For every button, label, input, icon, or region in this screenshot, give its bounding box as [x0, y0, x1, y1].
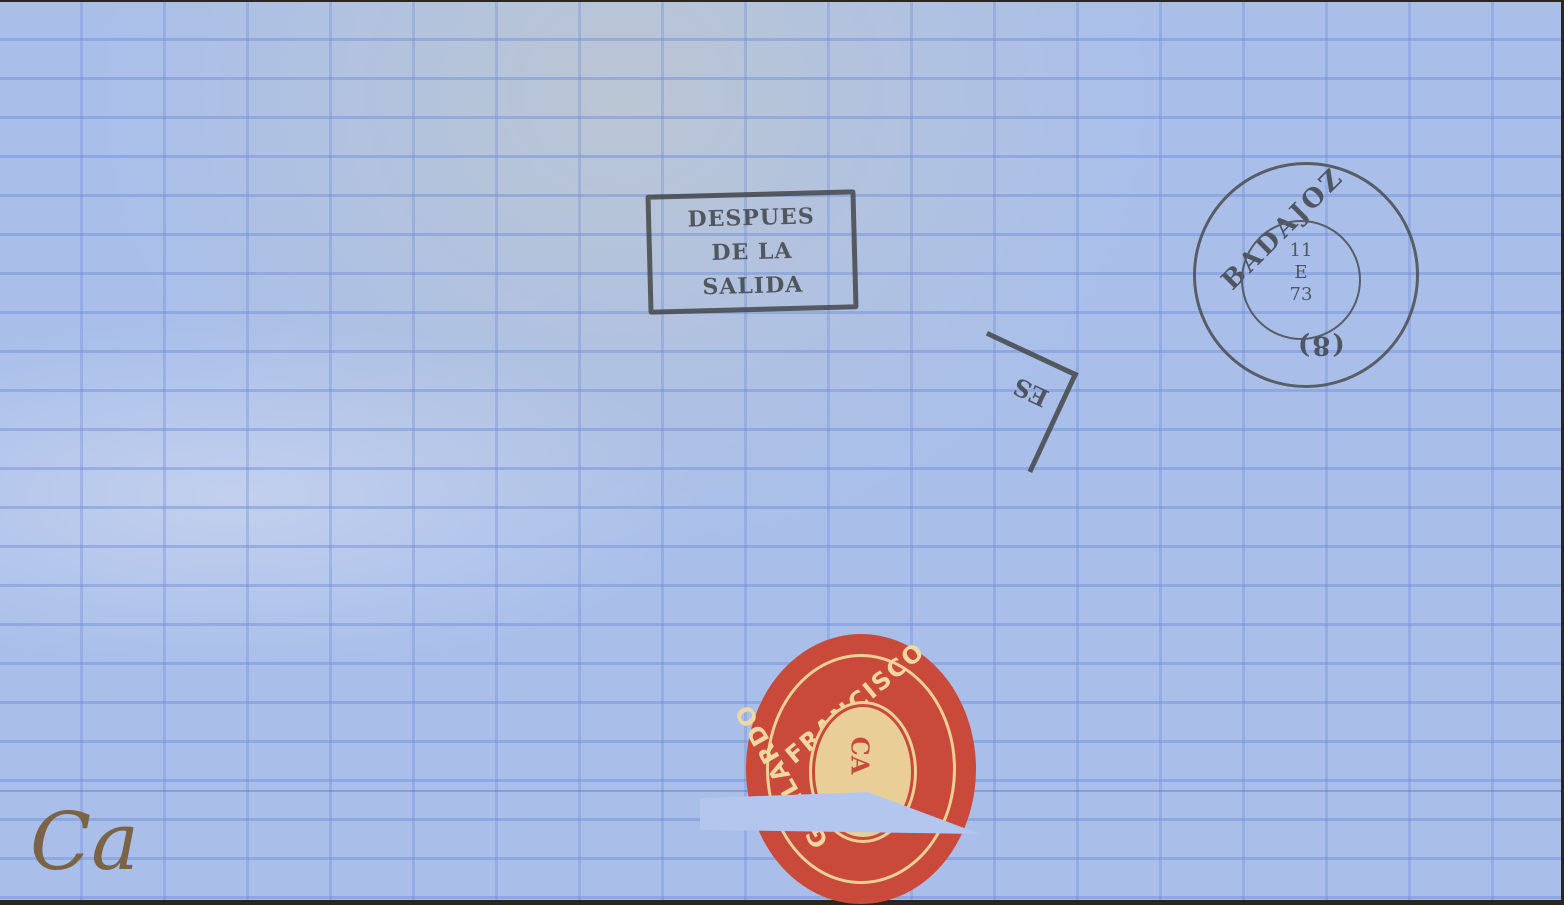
postmark-date: 11 E 73 — [1241, 220, 1361, 340]
partial-box-text: ES — [1009, 372, 1054, 413]
manuscript-mark: Ca — [30, 802, 120, 892]
postmark-month: E — [1243, 262, 1359, 284]
envelope-back: DESPUES DE LA SALIDA ES BADAJOZ 11 E 73 … — [0, 2, 1561, 900]
postmark-year: 73 — [1243, 284, 1359, 306]
seal-center-text: CA — [845, 737, 874, 775]
postmark-code: (8) — [1296, 330, 1345, 360]
despues-de-la-salida-cancel: DESPUES DE LA SALIDA — [645, 189, 858, 314]
postmark-day: 11 — [1243, 240, 1359, 262]
wax-seal-label: FRANCISCO CA GALLARDO — [750, 638, 972, 900]
cancel-line-3: SALIDA — [652, 266, 853, 305]
cancel-line-1: DESPUES — [651, 198, 852, 237]
partial-box-cancel: ES — [941, 331, 1078, 473]
cancel-line-2: DE LA — [652, 232, 853, 271]
badajoz-postmark: BADAJOZ 11 E 73 (8) — [1193, 162, 1419, 388]
